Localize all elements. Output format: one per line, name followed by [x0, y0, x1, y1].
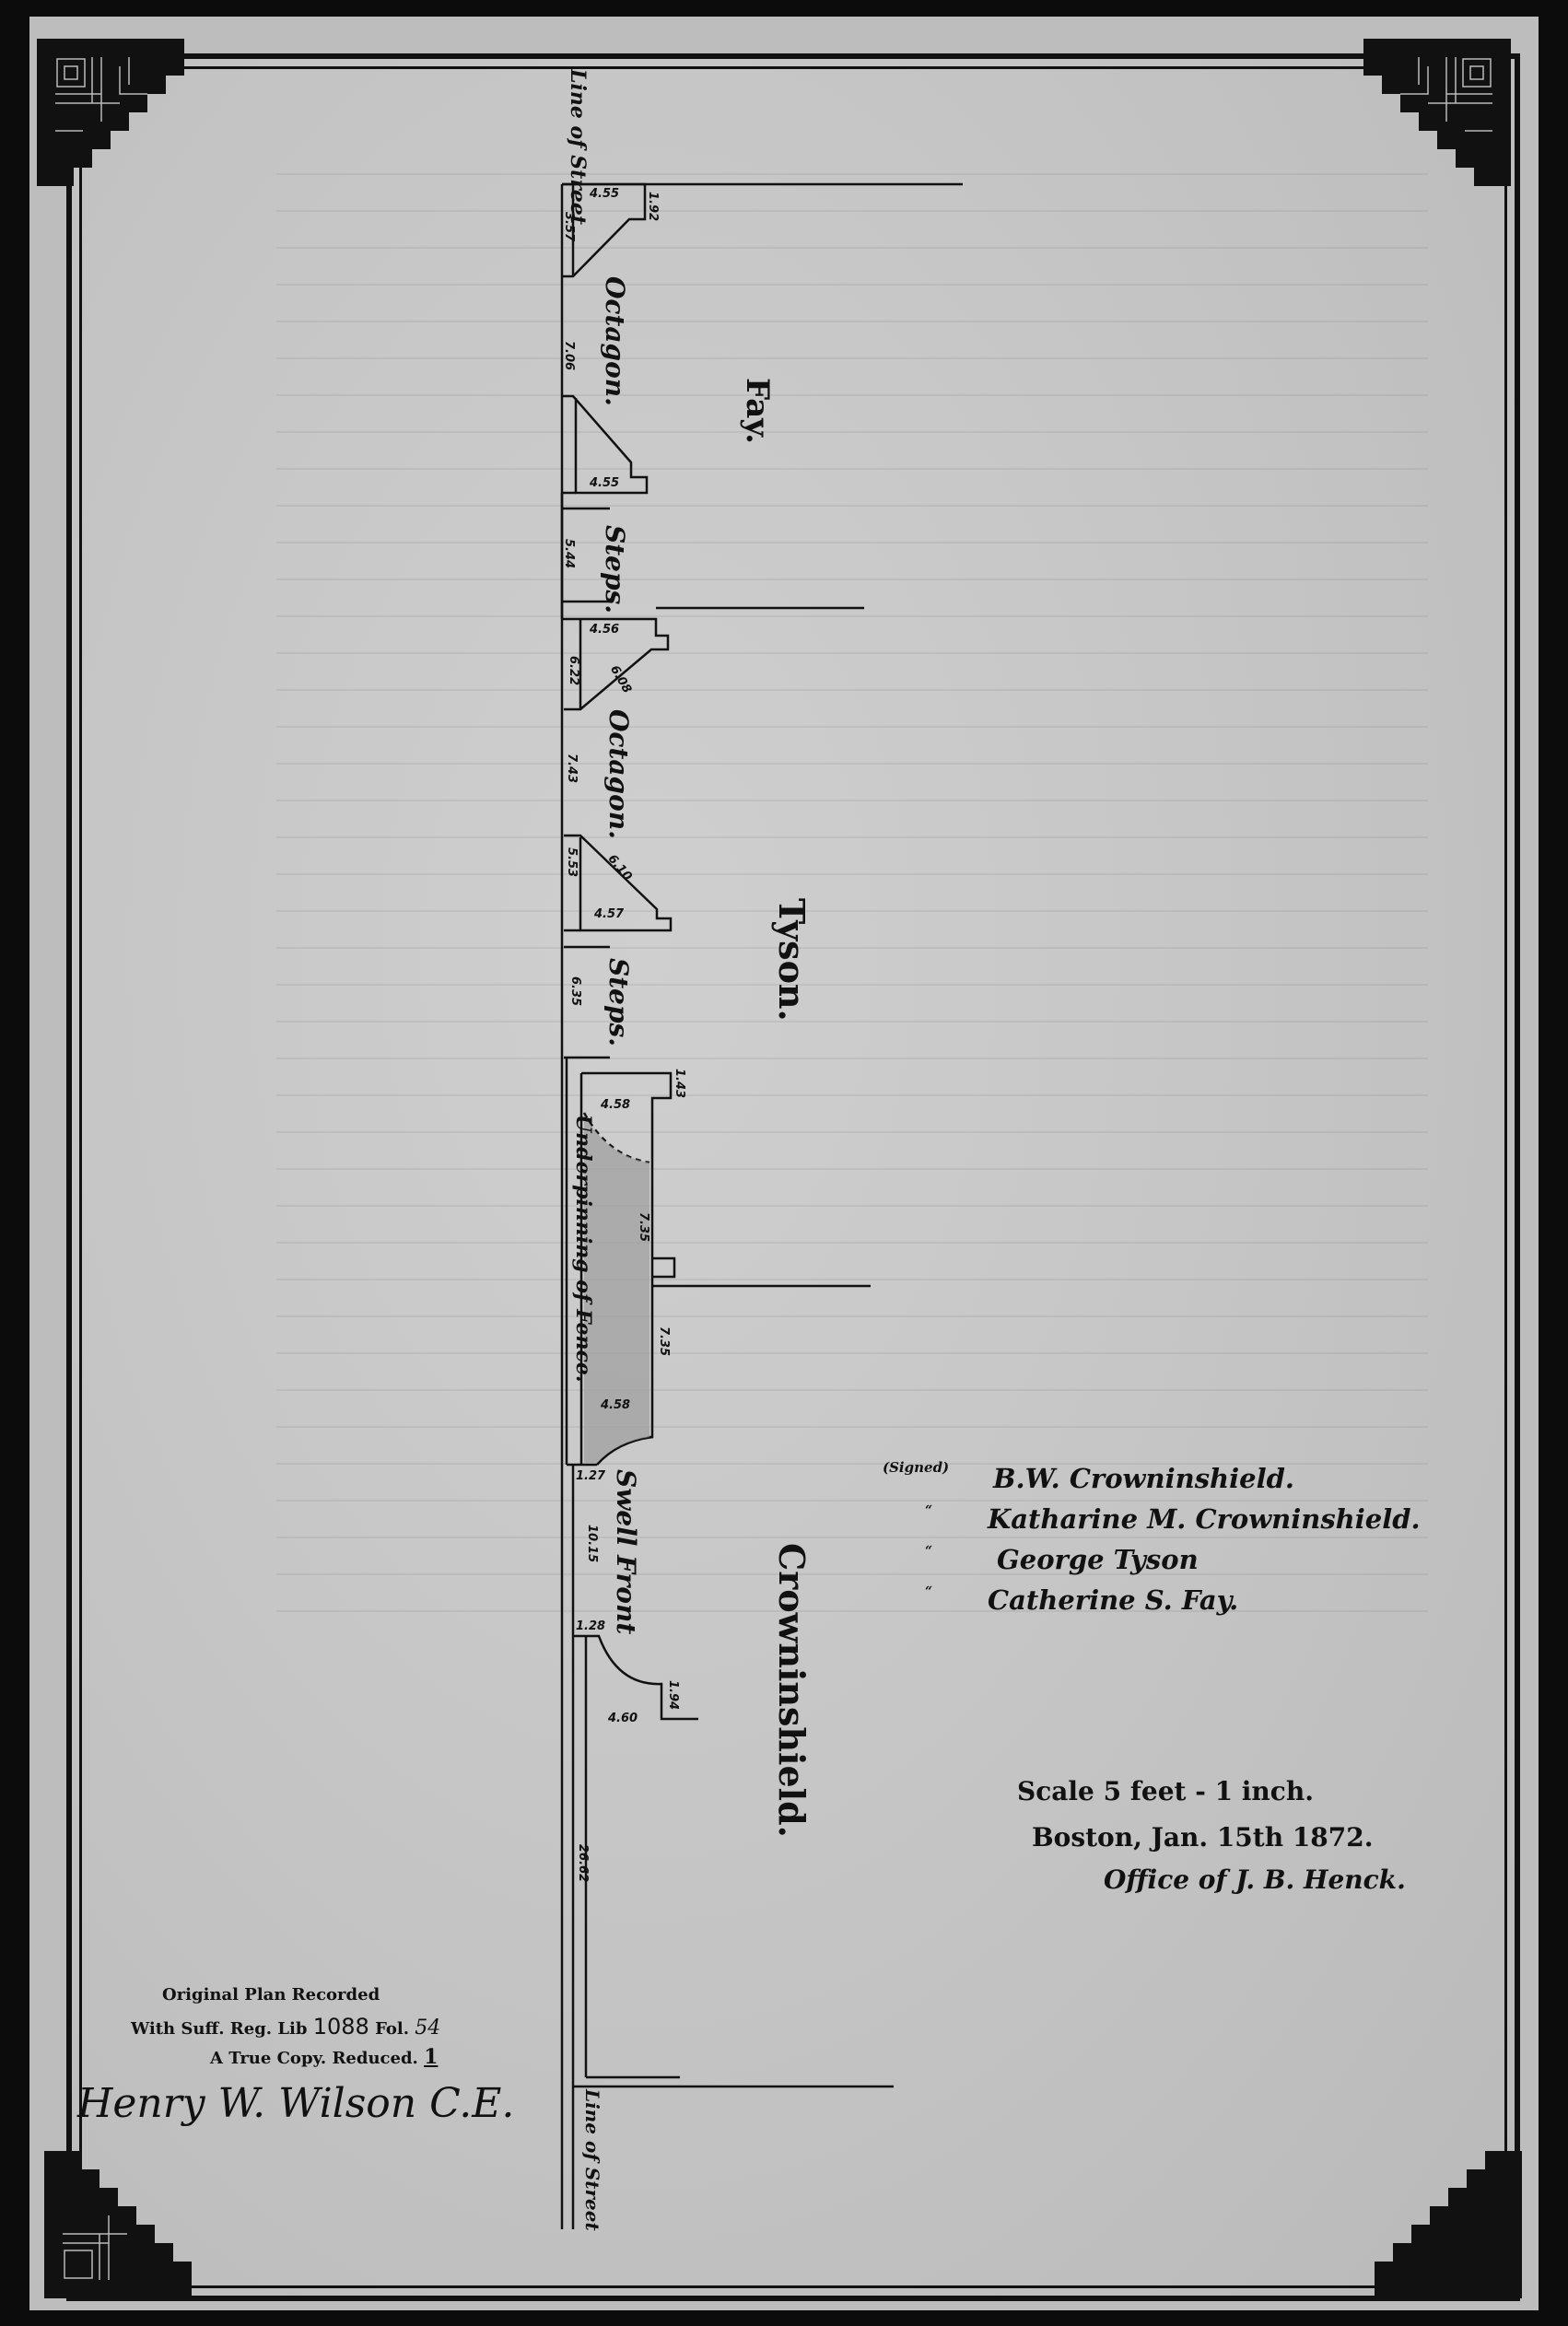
dim-value: 7.43 — [565, 754, 579, 783]
dim-value: 4.57 — [594, 907, 624, 921]
dim-value: 10.15 — [585, 1525, 599, 1562]
dim-value: 1.92 — [646, 192, 660, 221]
dim-value: 6.22 — [567, 656, 580, 685]
signed-prefix: (Signed) — [883, 1459, 949, 1476]
record-lib-number: 1088 — [313, 2014, 369, 2040]
dim-value: 7.06 — [562, 341, 576, 370]
record-line-1: Original Plan Recorded — [162, 1985, 380, 2005]
dim-value: 4.58 — [601, 1098, 630, 1112]
dim-value: 5.53 — [565, 847, 579, 877]
dim-value: 4.60 — [608, 1712, 638, 1725]
dim-value: 7.35 — [637, 1212, 650, 1242]
ditto-mark: “ — [925, 1584, 932, 1599]
signature-bw-crowninshield: B.W. Crowninshield. — [993, 1463, 1294, 1494]
plan-drawing — [0, 0, 1568, 2326]
place-date-text: Boston, Jan. 15th 1872. — [1032, 1822, 1374, 1853]
dim-value: 6.35 — [568, 976, 582, 1006]
ditto-mark: “ — [925, 1544, 932, 1559]
dim-value: 7.35 — [657, 1327, 671, 1356]
dim-value: 4.55 — [590, 476, 619, 490]
feature-label-swell-front: Swell Front — [611, 1469, 641, 1634]
dim-value: 26.62 — [576, 1844, 590, 1882]
record-reduced-value: 1 — [424, 2045, 438, 2069]
feature-label-octagon-1: Octagon. — [600, 276, 630, 406]
dim-value: 1.94 — [666, 1680, 680, 1710]
owner-label-fay: Fay. — [739, 378, 776, 444]
record-fol-label: Fol. — [375, 2019, 409, 2039]
record-line-2: With Suff. Reg. Lib 1088 Fol. 54 — [131, 2014, 440, 2040]
feature-label-steps-1: Steps. — [600, 525, 630, 614]
dim-value: 4.58 — [601, 1398, 630, 1412]
record-line-3: A True Copy. Reduced. 1 — [210, 2045, 438, 2069]
owner-label-tyson: Tyson. — [771, 898, 813, 1022]
dim-value: 1.27 — [576, 1469, 605, 1483]
owner-label-crowninshield: Crowninshield. — [771, 1543, 813, 1838]
scale-text: Scale 5 feet - 1 inch. — [1017, 1776, 1314, 1806]
dim-value: 5.44 — [562, 539, 576, 568]
street-line-label-top: Line of Street — [566, 69, 590, 225]
feature-label-octagon-2: Octagon. — [603, 709, 634, 839]
feature-label-steps-2: Steps. — [603, 958, 634, 1046]
feature-label-underpinning: Underpinning of Fence. — [571, 1115, 595, 1383]
signature-katharine-crowninshield: Katharine M. Crowninshield. — [988, 1503, 1421, 1535]
dim-value: 3.57 — [562, 212, 576, 241]
surveyor-signature: Henry W. Wilson C.E. — [77, 2080, 514, 2127]
street-line-label-bottom: Line of Street — [581, 2089, 603, 2231]
office-text: Office of J. B. Henck. — [1104, 1864, 1406, 1895]
record-fol-number: 54 — [415, 2016, 440, 2040]
record-lib-prefix: With Suff. Reg. Lib — [131, 2019, 307, 2039]
dim-value: 4.55 — [590, 187, 619, 201]
signature-george-tyson: George Tyson — [997, 1544, 1199, 1575]
dim-value: 1.28 — [576, 1619, 605, 1633]
signature-catherine-fay: Catherine S. Fay. — [988, 1584, 1238, 1616]
ditto-mark: “ — [925, 1503, 932, 1518]
record-true-copy: A True Copy. Reduced. — [210, 2049, 418, 2068]
dim-value: 4.56 — [590, 623, 619, 637]
dim-value: 1.43 — [673, 1069, 686, 1098]
